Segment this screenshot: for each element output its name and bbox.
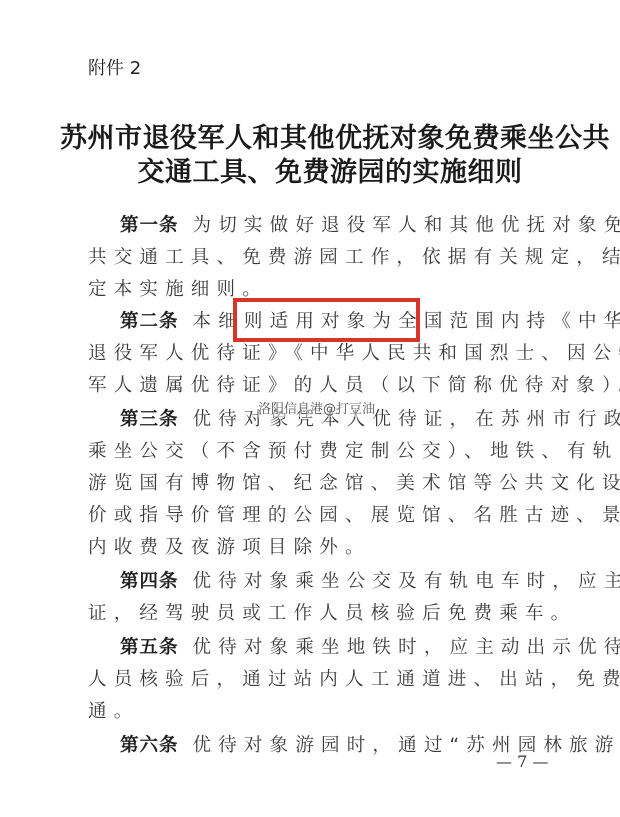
article-label: 第四条 <box>120 571 179 592</box>
article-2-line: 退役军人优待证》《中华人民共和国烈士、因公牺牲军人、病故 <box>88 338 574 370</box>
article-5-line: 通。 <box>88 696 574 728</box>
article-text: 优待对象游园时，通过“苏州园林旅游”“君到苏 <box>193 735 620 756</box>
attachment-label: 附件 2 <box>88 54 141 80</box>
article-label: 第五条 <box>120 637 179 658</box>
article-3-line: 乘坐公交（不含预付费定制公交）、地铁、有轨电车；免费参观 <box>88 436 574 468</box>
article-4-line: 第四条优待对象乘坐公交及有轨电车时，应主动出示优待 <box>88 566 574 598</box>
article-5-line: 人员核验后，通过站内人工通道进、出站，免费乘坐苏州轨道交 <box>88 664 574 696</box>
document-title-line2: 交通工具、免费游园的实施细则 <box>60 150 600 189</box>
article-3-line: 价或指导价管理的公园、展览馆、名胜古迹、景区，园中园、园 <box>88 500 574 532</box>
page-number: — 7 — <box>496 752 548 771</box>
article-1-line: 第一条为切实做好退役军人和其他优抚对象免费乘坐公 <box>88 210 574 242</box>
article-text: 优待对象乘坐地铁时，应主动出示优待证，经工作 <box>193 637 620 658</box>
article-5-line: 第五条优待对象乘坐地铁时，应主动出示优待证，经工作 <box>88 632 574 664</box>
article-text: 优待对象凭本人优待证，在苏州市行政区域内免费 <box>193 409 620 430</box>
article-text: 优待对象乘坐公交及有轨电车时，应主动出示优待 <box>193 571 620 592</box>
document-body: 第一条为切实做好退役军人和其他优抚对象免费乘坐公 共交通工具、免费游园工作，依据… <box>88 210 574 762</box>
article-text: 为切实做好退役军人和其他优抚对象免费乘坐公 <box>193 215 620 236</box>
article-label: 第六条 <box>120 735 179 756</box>
article-label: 第一条 <box>120 215 179 236</box>
watermark: 洛阳信息港@打豆油 <box>258 398 375 417</box>
article-4-line: 证，经驾驶员或工作人员核验后免费乘车。 <box>88 598 574 630</box>
article-1-line: 共交通工具、免费游园工作，依据有关规定，结合我市实际，制 <box>88 242 574 274</box>
article-label: 第三条 <box>120 409 179 430</box>
highlight-box <box>233 298 420 342</box>
article-3-line: 游览国有博物馆、纪念馆、美术馆等公共文化设施和实行政府定 <box>88 468 574 500</box>
article-label: 第二条 <box>120 311 179 332</box>
article-3-line: 内收费及夜游项目除外。 <box>88 532 574 564</box>
